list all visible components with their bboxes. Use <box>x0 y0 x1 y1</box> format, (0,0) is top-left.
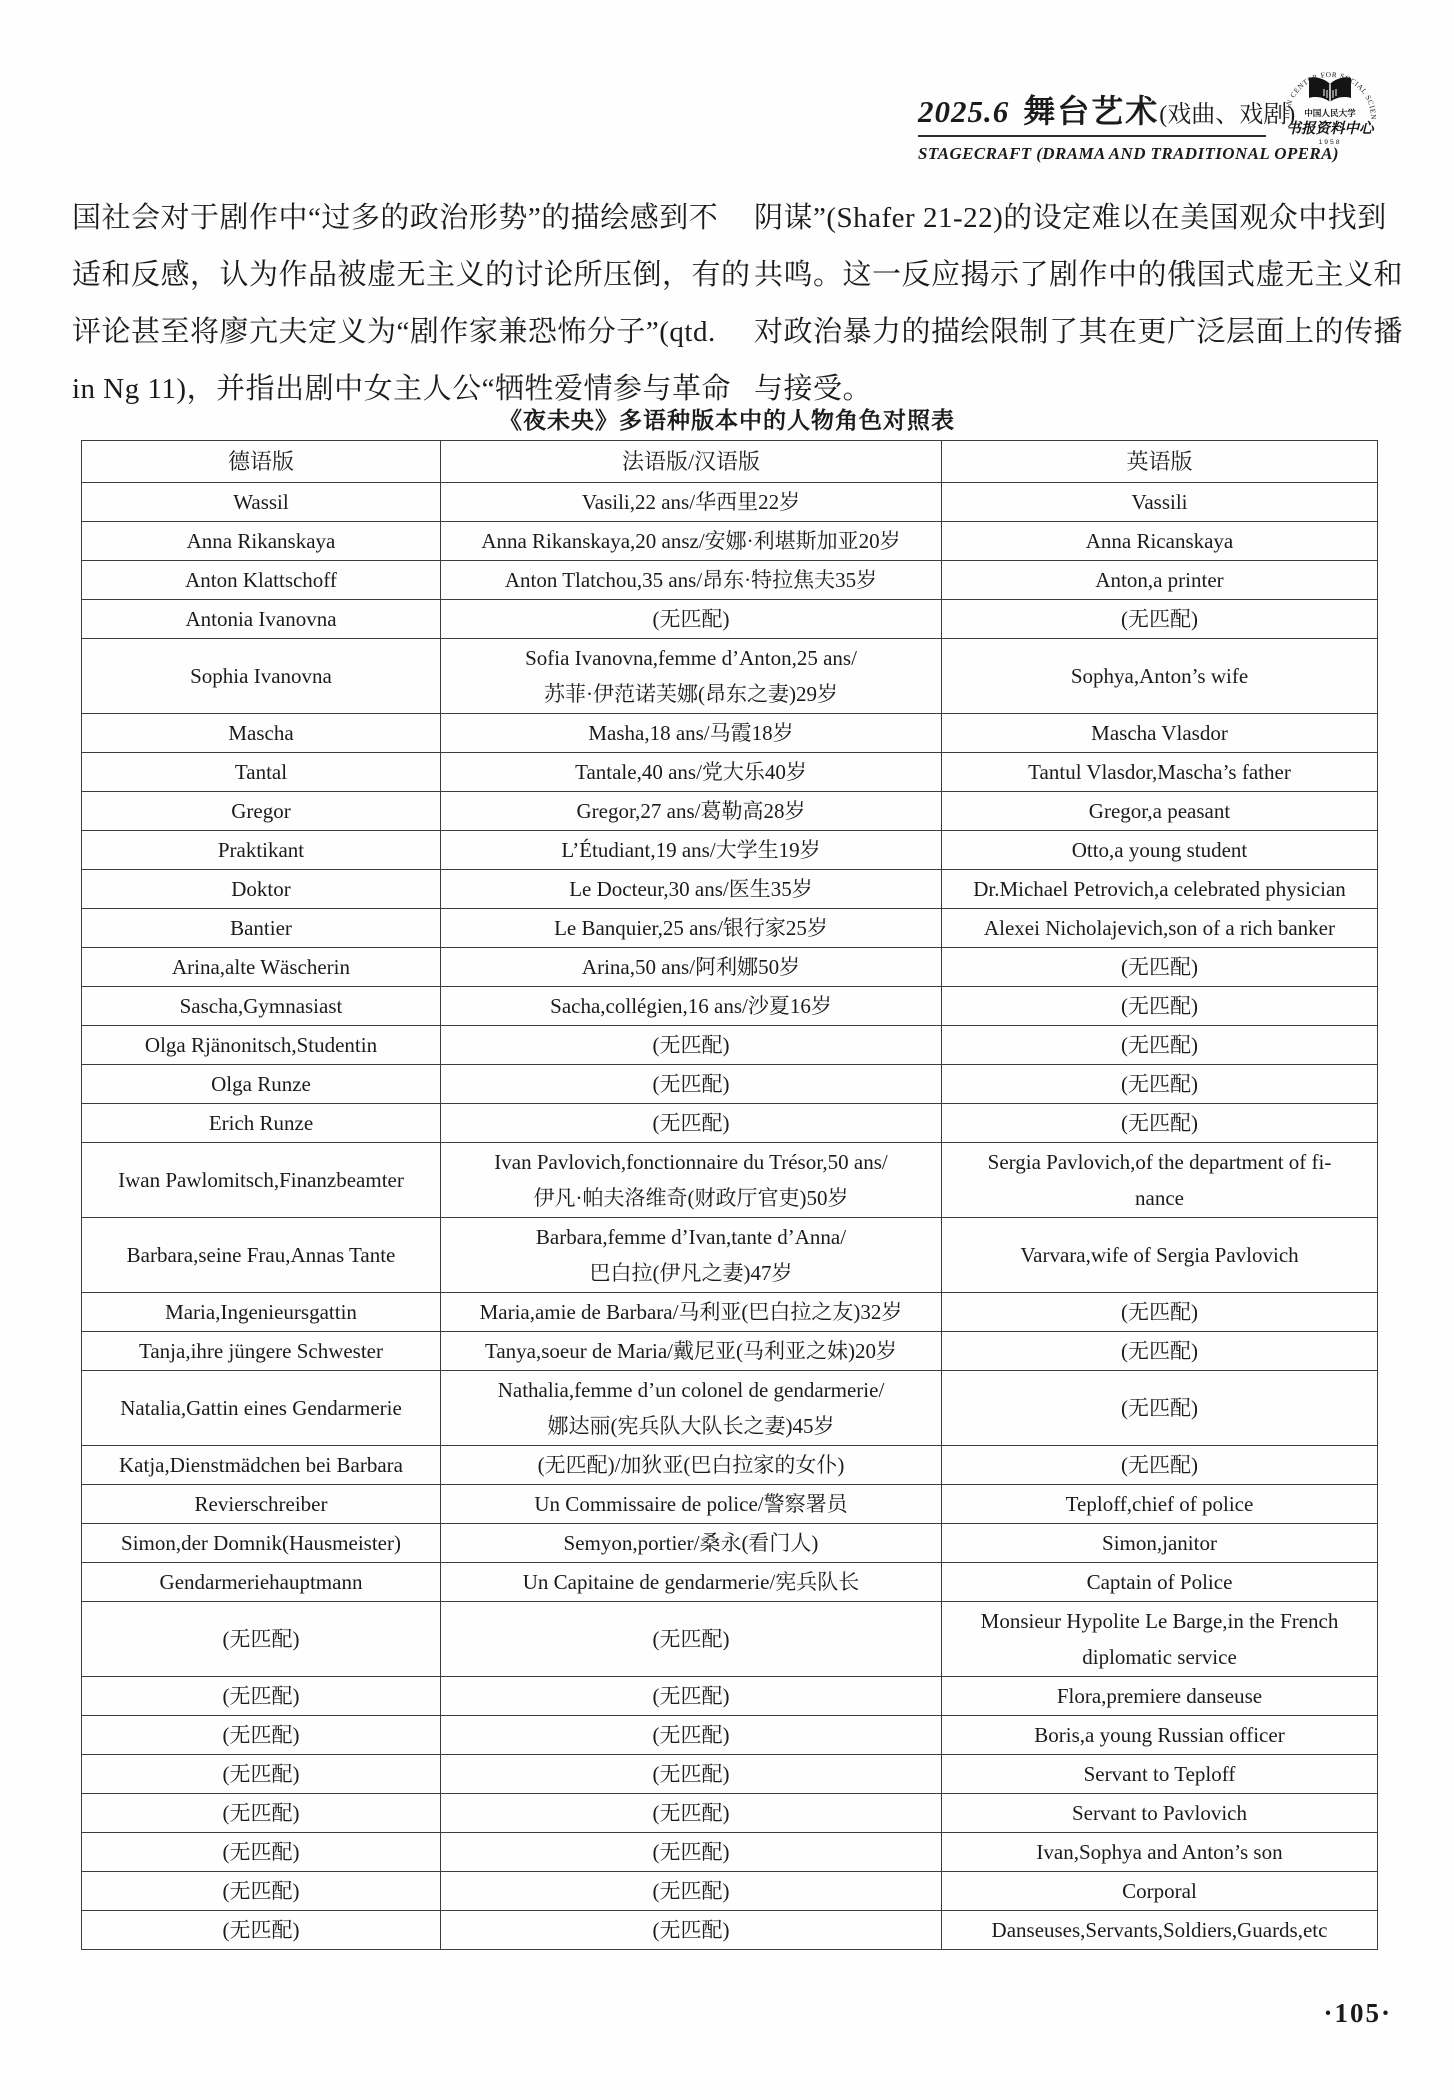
cell-german: Anton Klattschoff <box>82 561 441 600</box>
cell-english: Vassili <box>942 483 1378 522</box>
cell-english: Captain of Police <box>942 1563 1378 1602</box>
cell-french-chinese: (无匹配) <box>441 1911 942 1950</box>
table-row: (无匹配) (无匹配) Corporal <box>82 1872 1378 1911</box>
left-column: 国社会对于剧作中“过多的政治形势”的描绘感到不 适和反感，认为作品被虚无主义的讨… <box>72 190 704 418</box>
page-number: ·105· <box>1323 1998 1392 2029</box>
cell-french-chinese: (无匹配) <box>441 1104 942 1143</box>
cell-french-chinese: Un Capitaine de gendarmerie/宪兵队长 <box>441 1563 942 1602</box>
cell-german: (无匹配) <box>82 1716 441 1755</box>
table-row: (无匹配) (无匹配) Servant to Teploff <box>82 1755 1378 1794</box>
cell-english: Anna Ricanskaya <box>942 522 1378 561</box>
table-row: (无匹配) (无匹配) Servant to Pavlovich <box>82 1794 1378 1833</box>
cell-english: (无匹配) <box>942 987 1378 1026</box>
cell-english: Dr.Michael Petrovich,a celebrated physic… <box>942 870 1378 909</box>
table-row: Revierschreiber Un Commissaire de police… <box>82 1485 1378 1524</box>
cell-french-chinese: Sofia Ivanovna,femme d’Anton,25 ans/ 苏菲·… <box>441 639 942 714</box>
paragraph-line: 阴谋”(Shafer 21-22)的设定难以在美国观众中找到 <box>754 190 1386 247</box>
cell-english: Boris,a young Russian officer <box>942 1716 1378 1755</box>
header-english: 英语版 <box>942 441 1378 483</box>
cell-english: Danseuses,Servants,Soldiers,Guards,etc <box>942 1911 1378 1950</box>
table-row: Olga Runze (无匹配) (无匹配) <box>82 1065 1378 1104</box>
table-row: Arina,alte Wäscherin Arina,50 ans/阿利娜50岁… <box>82 948 1378 987</box>
journal-page: 2025.6舞台艺术(戏曲、戏剧) STAGECRAFT (DRAMA AND … <box>0 0 1454 2100</box>
journal-title-line: 2025.6舞台艺术(戏曲、戏剧) <box>918 86 1270 132</box>
table-row: Maria,Ingenieursgattin Maria,amie de Bar… <box>82 1293 1378 1332</box>
cell-french-chinese: Arina,50 ans/阿利娜50岁 <box>441 948 942 987</box>
cell-english: Servant to Teploff <box>942 1755 1378 1794</box>
cell-french-chinese: Le Docteur,30 ans/医生35岁 <box>441 870 942 909</box>
cell-english: (无匹配) <box>942 1446 1378 1485</box>
cell-english: (无匹配) <box>942 1026 1378 1065</box>
cell-french-chinese: L’Étudiant,19 ans/大学生19岁 <box>441 831 942 870</box>
cell-english: (无匹配) <box>942 1371 1378 1446</box>
table-row: (无匹配) (无匹配) Flora,premiere danseuse <box>82 1677 1378 1716</box>
table-row: Anton Klattschoff Anton Tlatchou,35 ans/… <box>82 561 1378 600</box>
cell-german: Tanja,ihre jüngere Schwester <box>82 1332 441 1371</box>
cell-english: (无匹配) <box>942 948 1378 987</box>
publisher-seal-logo: INFORMATION CENTER FOR SOCIAL SCIENCES, … <box>1280 58 1380 162</box>
cell-french-chinese: Masha,18 ans/马霞18岁 <box>441 714 942 753</box>
cell-french-chinese: Ivan Pavlovich,fonctionnaire du Trésor,5… <box>441 1143 942 1218</box>
cell-french-chinese: Tantale,40 ans/党大乐40岁 <box>441 753 942 792</box>
paragraph-line: 共鸣。这一反应揭示了剧作中的俄国式虚无主义和 <box>754 247 1386 304</box>
cell-french-chinese: Nathalia,femme d’un colonel de gendarmer… <box>441 1371 942 1446</box>
cell-german: Olga Rjänonitsch,Studentin <box>82 1026 441 1065</box>
cell-german: Maria,Ingenieursgattin <box>82 1293 441 1332</box>
cell-german: Katja,Dienstmädchen bei Barbara <box>82 1446 441 1485</box>
journal-masthead: 2025.6舞台艺术(戏曲、戏剧) STAGECRAFT (DRAMA AND … <box>918 86 1270 164</box>
cell-german: Praktikant <box>82 831 441 870</box>
cell-english: Gregor,a peasant <box>942 792 1378 831</box>
cell-german: (无匹配) <box>82 1872 441 1911</box>
paragraph-line: 评论甚至将廖亢夫定义为“剧作家兼恐怖分子”(qtd. <box>72 304 704 361</box>
table-row: Praktikant L’Étudiant,19 ans/大学生19岁 Otto… <box>82 831 1378 870</box>
cell-french-chinese: (无匹配) <box>441 1065 942 1104</box>
table-title: 《夜未央》多语种版本中的人物角色对照表 <box>0 402 1454 435</box>
cell-german: Doktor <box>82 870 441 909</box>
cell-french-chinese: Anton Tlatchou,35 ans/昂东·特拉焦夫35岁 <box>441 561 942 600</box>
cell-english: Flora,premiere danseuse <box>942 1677 1378 1716</box>
cell-german: (无匹配) <box>82 1677 441 1716</box>
table-row: Antonia Ivanovna (无匹配) (无匹配) <box>82 600 1378 639</box>
cell-english: Tantul Vlasdor,Mascha’s father <box>942 753 1378 792</box>
cell-english: (无匹配) <box>942 1065 1378 1104</box>
body-text: 国社会对于剧作中“过多的政治形势”的描绘感到不 适和反感，认为作品被虚无主义的讨… <box>72 190 1386 418</box>
cell-french-chinese: Gregor,27 ans/葛勒高28岁 <box>441 792 942 831</box>
masthead-rule <box>918 135 1266 137</box>
table-row: (无匹配) (无匹配) Ivan,Sophya and Anton’s son <box>82 1833 1378 1872</box>
table-row: Gendarmeriehauptmann Un Capitaine de gen… <box>82 1563 1378 1602</box>
cell-german: Anna Rikanskaya <box>82 522 441 561</box>
cell-english: Sophya,Anton’s wife <box>942 639 1378 714</box>
table-row: Sophia Ivanovna Sofia Ivanovna,femme d’A… <box>82 639 1378 714</box>
table-row: Simon,der Domnik(Hausmeister) Semyon,por… <box>82 1524 1378 1563</box>
cell-english: Simon,janitor <box>942 1524 1378 1563</box>
seal-year: 1958 <box>1318 139 1341 146</box>
cell-english: Teploff,chief of police <box>942 1485 1378 1524</box>
cell-french-chinese: Le Banquier,25 ans/银行家25岁 <box>441 909 942 948</box>
cell-english: (无匹配) <box>942 600 1378 639</box>
cell-french-chinese: (无匹配) <box>441 1716 942 1755</box>
cell-german: Iwan Pawlomitsch,Finanzbeamter <box>82 1143 441 1218</box>
cell-french-chinese: (无匹配) <box>441 1794 942 1833</box>
table-row: Olga Rjänonitsch,Studentin (无匹配) (无匹配) <box>82 1026 1378 1065</box>
header-german: 德语版 <box>82 441 441 483</box>
table-row: Erich Runze (无匹配) (无匹配) <box>82 1104 1378 1143</box>
cell-english: Monsieur Hypolite Le Barge,in the French… <box>942 1602 1378 1677</box>
cell-french-chinese: (无匹配) <box>441 1677 942 1716</box>
paragraph-line: 适和反感，认为作品被虚无主义的讨论所压倒，有的 <box>72 247 704 304</box>
right-column: 阴谋”(Shafer 21-22)的设定难以在美国观众中找到 共鸣。这一反应揭示… <box>754 190 1386 418</box>
cell-german: Sascha,Gymnasiast <box>82 987 441 1026</box>
issue-number: 2025.6 <box>918 94 1009 129</box>
cell-german: Simon,der Domnik(Hausmeister) <box>82 1524 441 1563</box>
cell-english: Ivan,Sophya and Anton’s son <box>942 1833 1378 1872</box>
cell-english: (无匹配) <box>942 1293 1378 1332</box>
table-row: Sascha,Gymnasiast Sacha,collégien,16 ans… <box>82 987 1378 1026</box>
cell-english: Corporal <box>942 1872 1378 1911</box>
cell-english: Sergia Pavlovich,of the department of fi… <box>942 1143 1378 1218</box>
cell-english: Otto,a young student <box>942 831 1378 870</box>
table-row: Wassil Vasili,22 ans/华西里22岁 Vassili <box>82 483 1378 522</box>
paragraph-line: 对政治暴力的描绘限制了其在更广泛层面上的传播 <box>754 304 1386 361</box>
cell-french-chinese: Tanya,soeur de Maria/戴尼亚(马利亚之妹)20岁 <box>441 1332 942 1371</box>
cell-french-chinese: (无匹配) <box>441 1602 942 1677</box>
seal-org-script: 书报资料中心 <box>1287 120 1376 137</box>
table-header-row: 德语版 法语版/汉语版 英语版 <box>82 441 1378 483</box>
cell-german: Erich Runze <box>82 1104 441 1143</box>
table-row: Katja,Dienstmädchen bei Barbara (无匹配)/加狄… <box>82 1446 1378 1485</box>
cell-german: Bantier <box>82 909 441 948</box>
cell-french-chinese: (无匹配) <box>441 1755 942 1794</box>
table-row: Anna Rikanskaya Anna Rikanskaya,20 ansz/… <box>82 522 1378 561</box>
cell-french-chinese: (无匹配) <box>441 1026 942 1065</box>
seal-org-cn: 中国人民大学 <box>1304 107 1356 118</box>
cell-german: Tantal <box>82 753 441 792</box>
table-row: Tanja,ihre jüngere Schwester Tanya,soeur… <box>82 1332 1378 1371</box>
cell-german: Gendarmeriehauptmann <box>82 1563 441 1602</box>
table-row: Barbara,seine Frau,Annas Tante Barbara,f… <box>82 1218 1378 1293</box>
cell-french-chinese: (无匹配) <box>441 1833 942 1872</box>
cell-german: Arina,alte Wäscherin <box>82 948 441 987</box>
cell-french-chinese: Vasili,22 ans/华西里22岁 <box>441 483 942 522</box>
cell-german: Sophia Ivanovna <box>82 639 441 714</box>
cell-french-chinese: Semyon,portier/桑永(看门人) <box>441 1524 942 1563</box>
cell-french-chinese: Maria,amie de Barbara/马利亚(巴白拉之友)32岁 <box>441 1293 942 1332</box>
cell-german: (无匹配) <box>82 1833 441 1872</box>
cell-english: (无匹配) <box>942 1104 1378 1143</box>
paragraph-line: 国社会对于剧作中“过多的政治形势”的描绘感到不 <box>72 190 704 247</box>
cell-german: (无匹配) <box>82 1602 441 1677</box>
header-french-chinese: 法语版/汉语版 <box>441 441 942 483</box>
cell-french-chinese: (无匹配) <box>441 1872 942 1911</box>
cell-german: Barbara,seine Frau,Annas Tante <box>82 1218 441 1293</box>
table-row: Gregor Gregor,27 ans/葛勒高28岁 Gregor,a pea… <box>82 792 1378 831</box>
cell-german: Olga Runze <box>82 1065 441 1104</box>
table-row: (无匹配) (无匹配) Monsieur Hypolite Le Barge,i… <box>82 1602 1378 1677</box>
table-row: (无匹配) (无匹配) Boris,a young Russian office… <box>82 1716 1378 1755</box>
cell-french-chinese: Barbara,femme d’Ivan,tante d’Anna/ 巴白拉(伊… <box>441 1218 942 1293</box>
cell-english: Mascha Vlasdor <box>942 714 1378 753</box>
table-row: Doktor Le Docteur,30 ans/医生35岁 Dr.Michae… <box>82 870 1378 909</box>
character-comparison-table: 德语版 法语版/汉语版 英语版 Wassil Vasili,22 ans/华西里… <box>81 440 1378 1950</box>
table-row: Mascha Masha,18 ans/马霞18岁 Mascha Vlasdor <box>82 714 1378 753</box>
cell-german: (无匹配) <box>82 1794 441 1833</box>
book-icon <box>1309 77 1351 102</box>
cell-german: (无匹配) <box>82 1755 441 1794</box>
table-row: Iwan Pawlomitsch,Finanzbeamter Ivan Pavl… <box>82 1143 1378 1218</box>
cell-french-chinese: Anna Rikanskaya,20 ansz/安娜·利堪斯加亚20岁 <box>441 522 942 561</box>
table-row: (无匹配) (无匹配) Danseuses,Servants,Soldiers,… <box>82 1911 1378 1950</box>
cell-german: Wassil <box>82 483 441 522</box>
journal-title-en: STAGECRAFT (DRAMA AND TRADITIONAL OPERA) <box>918 144 1270 164</box>
table-row: Bantier Le Banquier,25 ans/银行家25岁 Alexei… <box>82 909 1378 948</box>
cell-french-chinese: Sacha,collégien,16 ans/沙夏16岁 <box>441 987 942 1026</box>
cell-english: (无匹配) <box>942 1332 1378 1371</box>
table-row: Natalia,Gattin eines Gendarmerie Nathali… <box>82 1371 1378 1446</box>
cell-french-chinese: (无匹配) <box>441 600 942 639</box>
cell-english: Alexei Nicholajevich,son of a rich banke… <box>942 909 1378 948</box>
journal-title-paren: (戏曲、戏剧) <box>1159 102 1295 128</box>
cell-english: Servant to Pavlovich <box>942 1794 1378 1833</box>
table-row: Tantal Tantale,40 ans/党大乐40岁 Tantul Vlas… <box>82 753 1378 792</box>
cell-english: Varvara,wife of Sergia Pavlovich <box>942 1218 1378 1293</box>
cell-german: Mascha <box>82 714 441 753</box>
cell-german: Revierschreiber <box>82 1485 441 1524</box>
cell-german: (无匹配) <box>82 1911 441 1950</box>
cell-german: Gregor <box>82 792 441 831</box>
cell-german: Antonia Ivanovna <box>82 600 441 639</box>
cell-english: Anton,a printer <box>942 561 1378 600</box>
cell-french-chinese: (无匹配)/加狄亚(巴白拉家的女仆) <box>441 1446 942 1485</box>
cell-german: Natalia,Gattin eines Gendarmerie <box>82 1371 441 1446</box>
journal-title-cn: 舞台艺术 <box>1023 93 1159 129</box>
cell-french-chinese: Un Commissaire de police/警察署员 <box>441 1485 942 1524</box>
